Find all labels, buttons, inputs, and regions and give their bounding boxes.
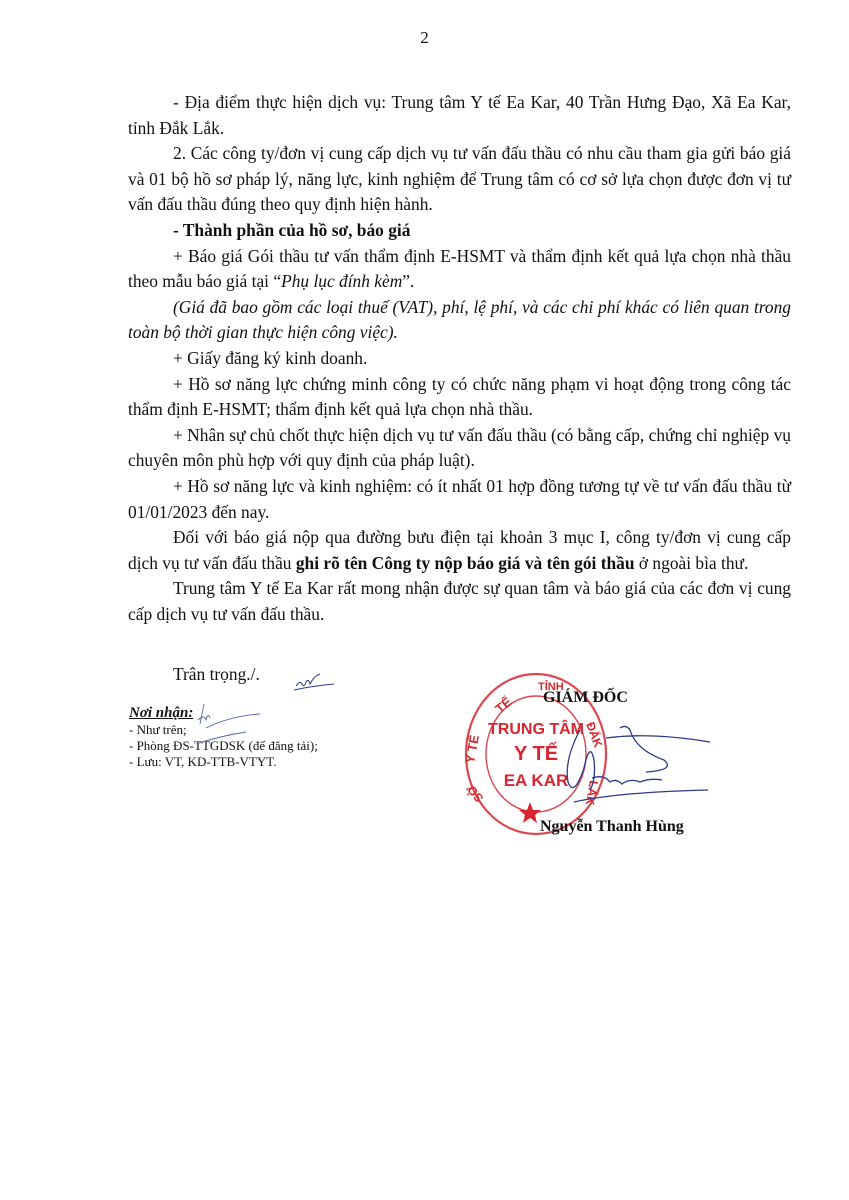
svg-text:SỞ: SỞ: [463, 782, 487, 806]
paragraph-postal-note: Đối với báo giá nộp qua đường bưu điện t…: [128, 525, 791, 576]
signer-name: Nguyễn Thanh Hùng: [540, 818, 684, 836]
svg-text:EA KAR: EA KAR: [504, 771, 569, 790]
paragraph-price-note: (Giá đã bao gồm các loại thuế (VAT), phí…: [128, 295, 791, 346]
document-body: - Địa điểm thực hiện dịch vụ: Trung tâm …: [128, 90, 791, 627]
handwritten-signature-icon: [560, 720, 720, 810]
paragraph-personnel: + Nhân sự chủ chốt thực hiện dịch vụ tư …: [128, 423, 791, 474]
handwritten-initial-icon: [190, 700, 270, 750]
recipient-item: - Lưu: VT, KD-TTB-VTYT.: [129, 754, 318, 770]
handwritten-initial-icon: [292, 666, 337, 694]
svg-text:Y TẾ: Y TẾ: [514, 742, 558, 765]
paragraph-business-license: + Giấy đăng ký kinh doanh.: [128, 346, 791, 372]
paragraph-capability: + Hồ sơ năng lực chứng minh công ty có c…: [128, 372, 791, 423]
paragraph-invitation: 2. Các công ty/đơn vị cung cấp dịch vụ t…: [128, 141, 791, 218]
paragraph-experience: + Hồ sơ năng lực và kinh nghiệm: có ít n…: [128, 474, 791, 525]
paragraph-quote-item: + Báo giá Gói thầu tư vấn thẩm định E-HS…: [128, 244, 791, 295]
svg-text:TẾ: TẾ: [492, 694, 515, 716]
page-number: 2: [0, 28, 849, 48]
paragraph-location: - Địa điểm thực hiện dịch vụ: Trung tâm …: [128, 90, 791, 141]
closing-text: Trân trọng./.: [173, 664, 260, 685]
signature-title: GIÁM ĐỐC: [543, 689, 628, 707]
svg-text:Y TẾ: Y TẾ: [462, 733, 482, 764]
section-heading-dossier: - Thành phần của hồ sơ, báo giá: [128, 218, 791, 244]
paragraph-thanks: Trung tâm Y tế Ea Kar rất mong nhận được…: [128, 576, 791, 627]
